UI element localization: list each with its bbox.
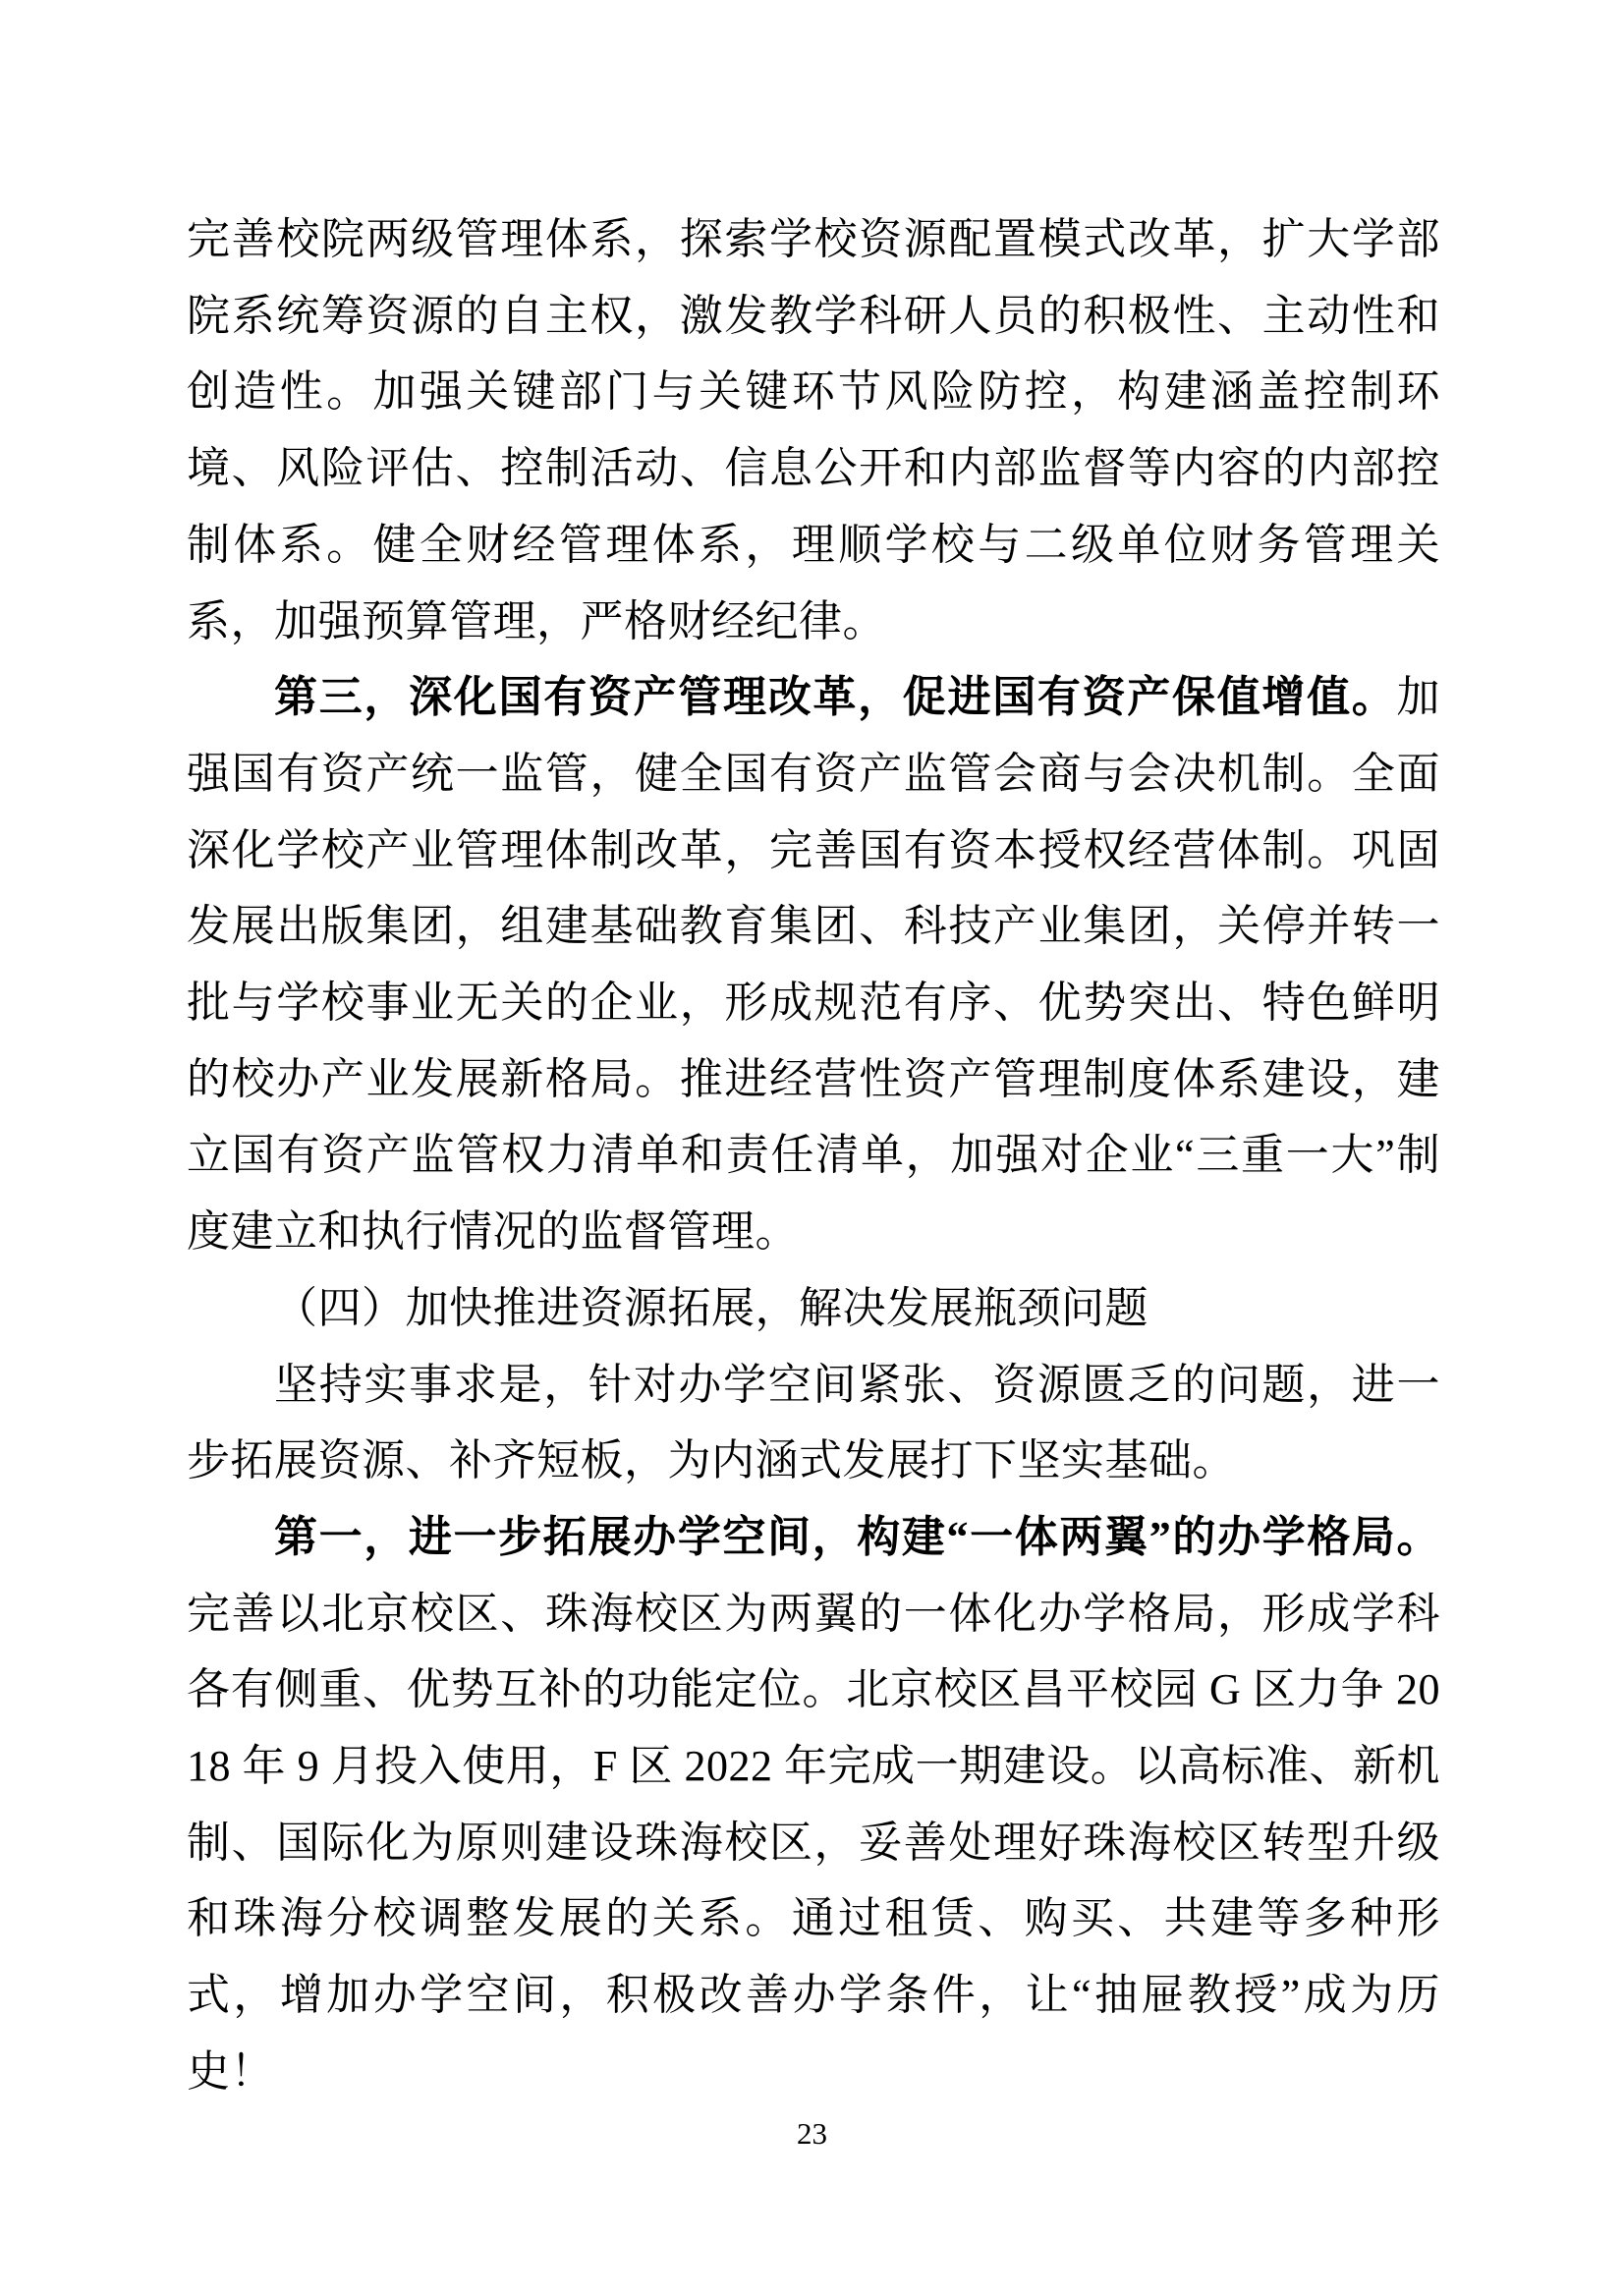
bold-text-run: 第三，深化国有资产管理改革，促进国有资产保值增值。: [274, 673, 1397, 721]
text-run: 完善校院两级管理体系，探索学校资源配置模式改革，扩大学部院系统筹资源的自主权，激…: [187, 215, 1440, 645]
paragraph-third-point-state-assets: 第三，深化国有资产管理改革，促进国有资产保值增值。加强国有资产统一监管，健全国有…: [187, 659, 1440, 1270]
document-page: 完善校院两级管理体系，探索学校资源配置模式改革，扩大学部院系统筹资源的自主权，激…: [0, 0, 1624, 2296]
text-run: 坚持实事求是，针对办学空间紧张、资源匮乏的问题，进一步拓展资源、补齐短板，为内涵…: [187, 1361, 1440, 1485]
heading-section-four: （四）加快推进资源拓展，解决发展瓶颈问题: [187, 1270, 1440, 1347]
paragraph-internal-control: 完善校院两级管理体系，探索学校资源配置模式改革，扩大学部院系统筹资源的自主权，激…: [187, 201, 1440, 659]
paragraph-resource-shortboard: 坚持实事求是，针对办学空间紧张、资源匮乏的问题，进一步拓展资源、补齐短板，为内涵…: [187, 1347, 1440, 1499]
bold-text-run: 第一，进一步拓展办学空间，构建“一体两翼”的办学格局。: [274, 1513, 1440, 1561]
paragraph-first-point-campus-space: 第一，进一步拓展办学空间，构建“一体两翼”的办学格局。完善以北京校区、珠海校区为…: [187, 1499, 1440, 2110]
document-body: 完善校院两级管理体系，探索学校资源配置模式改革，扩大学部院系统筹资源的自主权，激…: [187, 201, 1440, 2110]
page-number: 23: [0, 2114, 1624, 2154]
text-run: 加强国有资产统一监管，健全国有资产监管会商与会决机制。全面深化学校产业管理体制改…: [187, 673, 1440, 1256]
text-run: （四）加快推进资源拓展，解决发展瓶颈问题: [274, 1284, 1148, 1332]
text-run: 完善以北京校区、珠海校区为两翼的一体化办学格局，形成学科各有侧重、优势互补的功能…: [187, 1590, 1440, 2096]
